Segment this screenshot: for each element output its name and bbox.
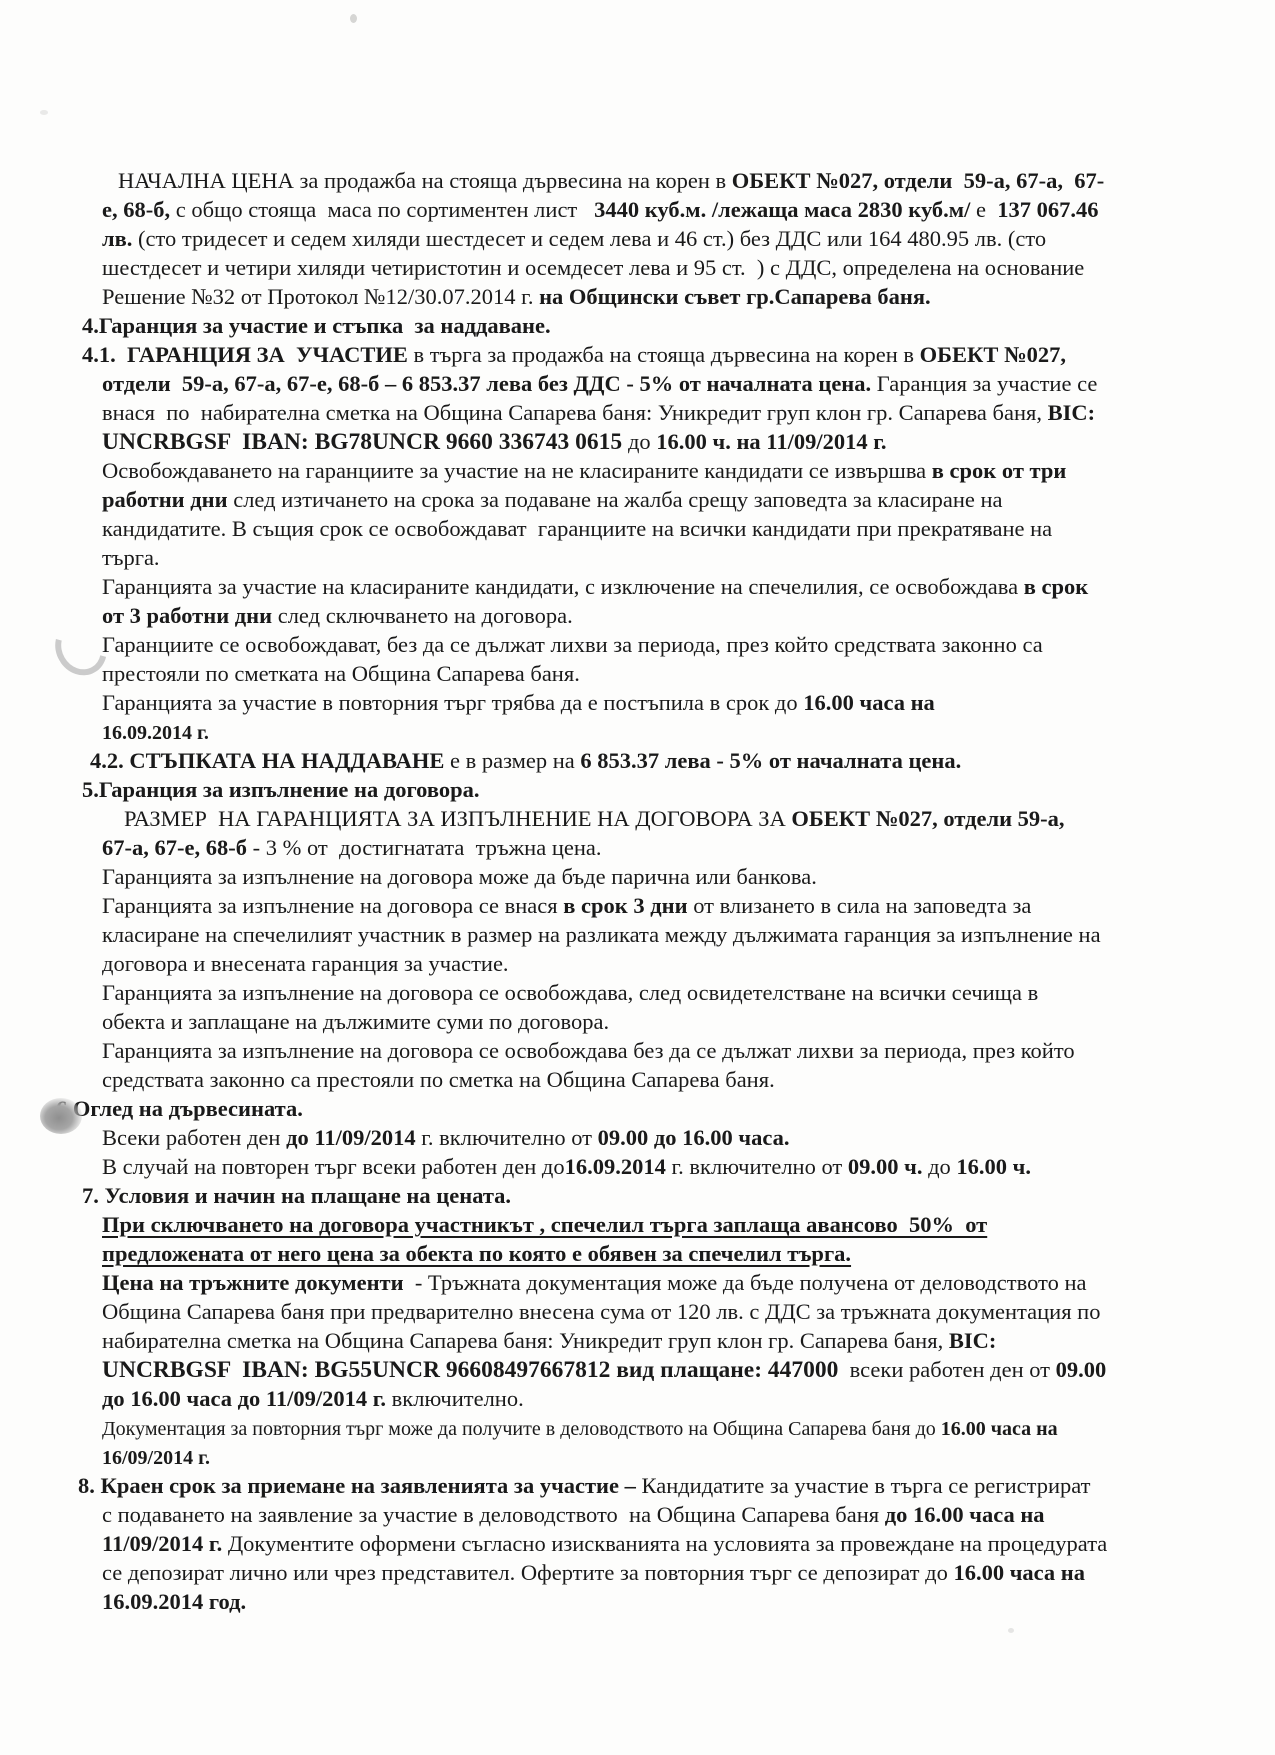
text-run: средствата законно са престояли по сметк… — [102, 1067, 775, 1092]
text-line: кандидатите. В същия срок се освобождава… — [0, 514, 1275, 543]
text-run: - Тръжната документация може да бъде пол… — [409, 1270, 1086, 1295]
text-line: Решение №32 от Протокол №12/30.07.2014 г… — [0, 282, 1275, 311]
text-run: лв. — [102, 226, 132, 251]
text-run: 16/09/2014 г. — [102, 1447, 210, 1469]
text-run: Всеки работен ден — [102, 1125, 286, 1150]
text-line: UNCRBGSF IBAN: BG55UNCR 96608497667812 в… — [0, 1355, 1275, 1384]
text-run: Документация за повторния търг може да п… — [102, 1418, 941, 1440]
text-run: Гаранцията за изпълнение на договора се … — [102, 1038, 1075, 1063]
text-run: В случай на повторен търг всеки работен … — [102, 1154, 565, 1179]
text-line: Документация за повторния търг може да п… — [0, 1413, 1275, 1442]
text-run: Гаранцията за изпълнение на договора се … — [102, 893, 563, 918]
text-line: НАЧАЛНА ЦЕНА за продажба на стояща дърве… — [0, 166, 1275, 195]
text-run: 4.2. СТЪПКАТА НА НАДДАВАНЕ — [90, 748, 444, 773]
text-line: престояли по сметката на Община Сапарева… — [0, 659, 1275, 688]
text-run: след сключването на договора. — [272, 603, 573, 628]
text-run: е, 68-б, — [102, 197, 170, 222]
text-line: 11/09/2014 г. Документите оформени съгла… — [0, 1529, 1275, 1558]
text-run: до 16.00 часа до 11/09/2014 г. — [102, 1386, 386, 1411]
text-run: Гаранцията за участие в повторния търг т… — [102, 690, 803, 715]
text-line: е, 68-б, с общо стояща маса по сортимент… — [0, 195, 1275, 224]
text-run: Гаранцията за участие на класираните кан… — [102, 574, 1024, 599]
text-run: до 16.00 часа на — [885, 1502, 1045, 1527]
text-run: Документите оформени съгласно изисквания… — [222, 1531, 1107, 1556]
text-run: договора и внесената гаранция за участие… — [102, 951, 509, 976]
text-line: набирателна сметка на Община Сапарева ба… — [0, 1326, 1275, 1355]
text-run: с подаването на заявление за участие в д… — [102, 1502, 885, 1527]
scan-speck — [1008, 1628, 1014, 1633]
text-run: внася по набирателна сметка на Община Са… — [102, 400, 1048, 425]
text-run: 6.Оглед на дървесината. — [56, 1096, 303, 1121]
text-run: 16.00 часа на — [953, 1560, 1085, 1585]
text-run: 11/09/2014 г. — [102, 1531, 222, 1556]
text-run: 6 853.37 лева - 5% от началната цена. — [580, 748, 961, 773]
text-line: договора и внесената гаранция за участие… — [0, 949, 1275, 978]
scan-speck — [350, 14, 357, 23]
text-run: 137 067.46 — [997, 197, 1098, 222]
text-line: В случай на повторен търг всеки работен … — [0, 1152, 1275, 1181]
text-run: UNCRBGSF IBAN: BG78UNCR 9660 336743 0615 — [102, 429, 628, 455]
text-line: Всеки работен ден до 11/09/2014 г. включ… — [0, 1123, 1275, 1152]
text-line: средствата законно са престояли по сметк… — [0, 1065, 1275, 1094]
text-line: внася по набирателна сметка на Община Са… — [0, 398, 1275, 427]
text-run: в търга за продажба на стояща дървесина … — [414, 342, 920, 367]
text-run: до — [922, 1154, 956, 1179]
text-line: 5.Гаранция за изпълнение на договора. — [0, 775, 1275, 804]
text-run: BIC: — [949, 1328, 997, 1353]
text-line: с подаването на заявление за участие в д… — [0, 1500, 1275, 1529]
text-line: предложената от него цена за обекта по к… — [0, 1239, 1275, 1268]
scan-speck — [40, 110, 48, 115]
text-run: Цена на тръжните документи — [102, 1270, 409, 1295]
text-line: Гаранциите се освобождават, без да се дъ… — [0, 630, 1275, 659]
text-run: 7. Условия и начин на плащане на цената. — [82, 1183, 511, 1208]
text-run: търга. — [102, 545, 160, 570]
text-line: търга. — [0, 543, 1275, 572]
text-run: е в размер на — [444, 748, 580, 773]
text-run: При сключването на договора участникът ,… — [102, 1212, 987, 1237]
text-run: Решение №32 от Протокол №12/30.07.2014 г… — [102, 284, 539, 309]
text-line: 8. Краен срок за приемане на заявленията… — [0, 1471, 1275, 1500]
text-run: 16.00 часа на — [803, 690, 935, 715]
text-line: класиране на спечелилият участник в разм… — [0, 920, 1275, 949]
text-run: BIC: — [1048, 400, 1096, 425]
text-run: 16.00 часа на — [941, 1418, 1058, 1440]
text-run: Кандидатите за участие в търга се регист… — [642, 1473, 1091, 1498]
text-run: 16.00 ч. — [956, 1154, 1031, 1179]
text-line: Община Сапарева баня при предварително в… — [0, 1297, 1275, 1326]
text-run: г. включително от — [671, 1154, 847, 1179]
text-run: ОБЕКТ №027, — [920, 342, 1066, 367]
text-line: работни дни след изтичането на срока за … — [0, 485, 1275, 514]
text-line: Гаранцията за участие на класираните кан… — [0, 572, 1275, 601]
text-run: до — [628, 429, 656, 454]
text-line: от 3 работни дни след сключването на дог… — [0, 601, 1275, 630]
text-line: Гаранцията за участие в повторния търг т… — [0, 688, 1275, 717]
text-run: Гаранциите се освобождават, без да се дъ… — [102, 632, 1043, 657]
text-run: 4.Гаранция за участие и стъпка за наддав… — [82, 313, 551, 338]
text-run: Гаранция за участие се — [871, 371, 1097, 396]
text-run: шестдесет и четири хиляди четиристотин и… — [102, 255, 1084, 280]
text-run: ОБЕКТ №027, отдели 59-а, — [791, 806, 1064, 831]
text-run: г. включително от — [421, 1125, 597, 1150]
text-run: класиране на спечелилият участник в разм… — [102, 922, 1101, 947]
text-line: Гаранцията за изпълнение на договора се … — [0, 1036, 1275, 1065]
text-line: 16.09.2014 год. — [0, 1587, 1275, 1616]
text-run: UNCRBGSF IBAN: BG55UNCR 96608497667812 в… — [102, 1357, 838, 1383]
scan-artifact-blob — [40, 1098, 82, 1134]
text-run: до 11/09/2014 — [286, 1125, 421, 1150]
text-line: UNCRBGSF IBAN: BG78UNCR 9660 336743 0615… — [0, 427, 1275, 456]
text-run: 09.00 — [1056, 1357, 1107, 1382]
text-run: с общо стояща маса по сортиментен лист — [170, 197, 594, 222]
text-run: 16.09.2014 — [565, 1154, 672, 1179]
text-run: в срок от три — [932, 458, 1067, 483]
text-line: 7. Условия и начин на плащане на цената. — [0, 1181, 1275, 1210]
text-line: Гаранцията за изпълнение на договора се … — [0, 978, 1275, 1007]
text-run: обекта и заплащане на дължимите суми по … — [102, 1009, 609, 1034]
text-run: предложената от него цена за обекта по к… — [102, 1241, 851, 1266]
text-run: 09.00 до 16.00 часа. — [598, 1125, 790, 1150]
document-page: НАЧАЛНА ЦЕНА за продажба на стояща дърве… — [0, 0, 1275, 1755]
text-line: При сключването на договора участникът ,… — [0, 1210, 1275, 1239]
text-line: Освобождаването на гаранциите за участие… — [0, 456, 1275, 485]
text-run: 8. Краен срок за приемане на заявленията… — [78, 1473, 642, 1498]
text-line: 16/09/2014 г. — [0, 1442, 1275, 1471]
text-run: (сто тридесет и седем хиляди шестдесет и… — [132, 226, 1046, 251]
text-run: 5.Гаранция за изпълнение на договора. — [82, 777, 480, 802]
text-line: лв. (сто тридесет и седем хиляди шестдес… — [0, 224, 1275, 253]
text-line: 16.09.2014 г. — [0, 717, 1275, 746]
text-run: в срок 3 дни — [563, 893, 687, 918]
text-run: Гаранцията за изпълнение на договора се … — [102, 980, 1038, 1005]
text-line: Цена на тръжните документи - Тръжната до… — [0, 1268, 1275, 1297]
text-line: отдели 59-а, 67-а, 67-е, 68-б – 6 853.37… — [0, 369, 1275, 398]
text-run: набирателна сметка на Община Сапарева ба… — [102, 1328, 949, 1353]
text-run: 16.09.2014 год. — [102, 1589, 246, 1614]
text-run: - 3 % от достигнатата тръжна цена. — [247, 835, 602, 860]
text-line: РАЗМЕР НА ГАРАНЦИЯТА ЗА ИЗПЪЛНЕНИЕ НА ДО… — [0, 804, 1275, 833]
text-run: включително. — [386, 1386, 524, 1411]
text-line: 4.Гаранция за участие и стъпка за наддав… — [0, 311, 1275, 340]
text-run: ОБЕКТ №027, отдели 59-а, 67-а, 67- — [732, 168, 1104, 193]
text-run: 16.09.2014 г. — [102, 722, 209, 744]
text-run: на Общински съвет гр.Сапарева баня. — [539, 284, 931, 309]
text-line: обекта и заплащане на дължимите суми по … — [0, 1007, 1275, 1036]
text-run: 4.1. ГАРАНЦИЯ ЗА УЧАСТИЕ — [82, 342, 414, 367]
text-run: всеки работен ден от — [838, 1357, 1055, 1382]
text-run: Община Сапарева баня при предварително в… — [102, 1299, 1100, 1324]
text-line: Гаранцията за изпълнение на договора се … — [0, 891, 1275, 920]
text-run: РАЗМЕР НА ГАРАНЦИЯТА ЗА ИЗПЪЛНЕНИЕ НА ДО… — [124, 806, 791, 831]
text-line: 67-а, 67-е, 68-б - 3 % от достигнатата т… — [0, 833, 1275, 862]
text-line: Гаранцията за изпълнение на договора мож… — [0, 862, 1275, 891]
text-run: се депозират лично или чрез представител… — [102, 1560, 953, 1585]
text-run: 67-а, 67-е, 68-б — [102, 835, 247, 860]
text-run: Гаранцията за изпълнение на договора мож… — [102, 864, 817, 889]
text-run: престояли по сметката на Община Сапарева… — [102, 661, 580, 686]
text-line: 6.Оглед на дървесината. — [0, 1094, 1275, 1123]
text-run: НАЧАЛНА ЦЕНА за продажба на стояща дърве… — [118, 168, 732, 193]
text-run: работни дни — [102, 487, 228, 512]
text-run: Освобождаването на гаранциите за участие… — [102, 458, 932, 483]
text-run: в срок — [1024, 574, 1089, 599]
text-run: кандидатите. В същия срок се освобождава… — [102, 516, 1052, 541]
text-run: отдели 59-а, 67-а, 67-е, 68-б – 6 853.37… — [102, 371, 871, 396]
text-line: 4.2. СТЪПКАТА НА НАДДАВАНЕ е в размер на… — [0, 746, 1275, 775]
text-line: 4.1. ГАРАНЦИЯ ЗА УЧАСТИЕ в търга за прод… — [0, 340, 1275, 369]
document-lines: НАЧАЛНА ЦЕНА за продажба на стояща дърве… — [0, 166, 1275, 1616]
text-run: от 3 работни дни — [102, 603, 272, 628]
text-run: е — [970, 197, 997, 222]
text-run: 16.00 ч. на 11/09/2014 г. — [656, 429, 886, 454]
text-line: шестдесет и четири хиляди четиристотин и… — [0, 253, 1275, 282]
text-run: от влизането в сила на заповедта за — [688, 893, 1032, 918]
text-line: се депозират лично или чрез представител… — [0, 1558, 1275, 1587]
text-line: до 16.00 часа до 11/09/2014 г. включител… — [0, 1384, 1275, 1413]
text-run: 09.00 ч. — [848, 1154, 923, 1179]
text-run: след изтичането на срока за подаване на … — [228, 487, 1003, 512]
text-run: 3440 куб.м. /лежаща маса 2830 куб.м/ — [594, 197, 970, 222]
